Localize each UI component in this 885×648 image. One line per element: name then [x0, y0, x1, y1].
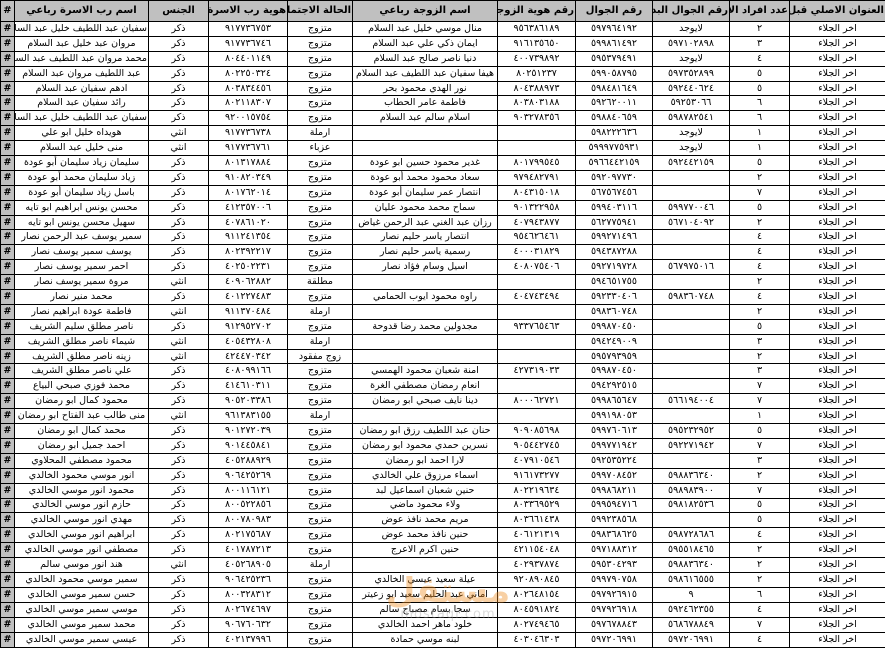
cell-head-of-family-id: ٩١٧٧٣٦٧٣٨ [209, 126, 288, 141]
cell-mobile-number: ٥٩٧٢٠٦٩٩١ [576, 632, 653, 647]
table-row: #سهيل محسن يونس ابو تايهذكر٤٠٧٨٦١٠٢٠متزو… [1, 215, 885, 230]
cell-mobile-number: ٥٩٢٣٣٠٤٠٦ [576, 290, 653, 305]
cell-gender: ذكر [149, 617, 209, 632]
cell-mobile-number: ٥٩٩٨٦٥٦٤٧ [576, 394, 653, 409]
cell-family-members-count: ٢ [730, 468, 790, 483]
table-row: #عبد اللطيف مروان عبد السلامذكر٨٠٢٢٥٠٣٢٤… [1, 66, 885, 81]
cell-wife-name: حنين نافذ محمد عوض [353, 528, 498, 543]
cell-mobile-number: ٥٩٧٩٢٦٩١٥ [576, 587, 653, 602]
row-marker-cell: # [1, 319, 15, 334]
cell-original-address: اخر الجلاء [790, 558, 885, 573]
row-marker-cell: # [1, 215, 15, 230]
row-marker-cell: # [1, 394, 15, 409]
cell-wife-name: راوه محمود ايوب الحمامي [353, 290, 498, 305]
cell-wife-id: ٤٠٧٩٤٣٨٧٧ [498, 215, 576, 230]
cell-family-members-count: ٧ [730, 185, 790, 200]
cell-wife-id: ٨٠١٧٩٩٥٤٥ [498, 156, 576, 171]
cell-wife-id: ٤٢٧٣١٩٠٣٣ [498, 364, 576, 379]
cell-marital-status: متزوج [288, 453, 353, 468]
cell-wife-id: ٩٠١٣٢٢٩٥٨ [498, 200, 576, 215]
cell-wife-id: ٤٠٨٠٧٥٤٠٦ [498, 260, 576, 275]
cell-head-of-family-name: احمد جميل ابو رمضان [15, 438, 149, 453]
table-row: #مهدي انور موسي الخالديذكر٨٠٠٧٨٠٩٨٣متزوج… [1, 513, 885, 528]
cell-wife-name [353, 558, 498, 573]
cell-wife-name: انتصار عمر سليمان أبو عودة [353, 185, 498, 200]
cell-gender: انثي [149, 558, 209, 573]
row-marker-cell: # [1, 304, 15, 319]
cell-head-of-family-id: ٤١٤٦١٠٣١١ [209, 379, 288, 394]
row-marker-cell: # [1, 572, 15, 587]
cell-alt-mobile-number: ٥٩٨٨٣٦٣٤٠ [653, 558, 730, 573]
cell-family-members-count: ٢ [730, 558, 790, 573]
cell-head-of-family-name: سفيان عبد اللطيف خليل عبد السلام [15, 22, 149, 37]
cell-original-address: اخر الجلاء [790, 364, 885, 379]
cell-marital-status: متزوج [288, 111, 353, 126]
cell-wife-id [498, 334, 576, 349]
cell-original-address: اخر الجلاء [790, 230, 885, 245]
cell-family-members-count: ١ [730, 141, 790, 156]
cell-head-of-family-name: منى خليل عبد السلام [15, 141, 149, 156]
cell-original-address: اخر الجلاء [790, 483, 885, 498]
table-row: #علي ناصر مطلق الشريفذكر٤٠٨٠٩٩١٦٦متزوجام… [1, 364, 885, 379]
cell-alt-mobile-number: ٥٩٨٣٦٠٧٤٨ [653, 290, 730, 305]
cell-alt-mobile-number: ٥٩٨١٨٢٥٣٦ [653, 498, 730, 513]
cell-marital-status: متزوج [288, 394, 353, 409]
table-row: #عيسي سمير موسي الخالديذكر٤٠٢١٣٧٩٩٦متزوج… [1, 632, 885, 647]
cell-marital-status: متزوج [288, 602, 353, 617]
cell-head-of-family-id: ٤٠٢١٣٧٩٩٦ [209, 632, 288, 647]
cell-marital-status: ارملة [288, 409, 353, 424]
cell-head-of-family-name: علي ناصر مطلق الشريف [15, 364, 149, 379]
cell-gender: ذكر [149, 468, 209, 483]
cell-family-members-count: ٢ [730, 170, 790, 185]
cell-family-members-count: ٣ [730, 36, 790, 51]
cell-wife-id: ٤٠٦١٢١٣١٩ [498, 528, 576, 543]
cell-marital-status: متزوج [288, 543, 353, 558]
cell-mobile-number: ٥٩٩٧٩٠٧٥٨ [576, 572, 653, 587]
cell-mobile-number: ٥٩٢٧١٩٧٢٨ [576, 260, 653, 275]
table-row: #حازم انور موسي الخالديذكر٨٠٠٥٢٢٨٥٦متزوج… [1, 498, 885, 513]
cell-mobile-number: ٥٩٨٣٦٠٧٤٨ [576, 304, 653, 319]
cell-mobile-number: ٥٩٤٦٥١٧٥٥ [576, 275, 653, 290]
cell-head-of-family-id: ٩٠٦٤٢٥٢٣٦ [209, 572, 288, 587]
row-marker-cell: # [1, 81, 15, 96]
cell-mobile-number: ٥٩٤٣٨٧٢٨٨ [576, 245, 653, 260]
cell-head-of-family-id: ٩٠١٤٤٥٨٤١ [209, 438, 288, 453]
cell-head-of-family-id: ٩٠١٢٧٢٠٣٩ [209, 424, 288, 439]
cell-gender: ذكر [149, 498, 209, 513]
cell-marital-status: متزوج [288, 185, 353, 200]
cell-head-of-family-id: ٨٠٠٥٢٢٨٥٦ [209, 498, 288, 513]
cell-head-of-family-name: هويداه خليل ابو علي [15, 126, 149, 141]
row-marker-cell: # [1, 185, 15, 200]
cell-marital-status: متزوج [288, 424, 353, 439]
cell-alt-mobile-number [653, 453, 730, 468]
cell-gender: ذكر [149, 543, 209, 558]
cell-head-of-family-name: سهيل محسن يونس ابو تايه [15, 215, 149, 230]
row-marker-cell: # [1, 275, 15, 290]
cell-mobile-number: ٥٩٧٦٧٨٨٤٣ [576, 617, 653, 632]
cell-head-of-family-id: ٤١٢٣٥٧٠٠٦ [209, 200, 288, 215]
table-row: #هويداه خليل ابو عليانثي٩١٧٧٣٦٧٣٨ارملة٥٩… [1, 126, 885, 141]
row-marker-cell: # [1, 558, 15, 573]
cell-mobile-number: ٥٩٢٦٢٠٠١١ [576, 96, 653, 111]
cell-family-members-count: ٦ [730, 587, 790, 602]
table-row: #ادهم سفيان عبد السلامذكر٨٠٣٨٣٤٤٥٦متزوجن… [1, 81, 885, 96]
cell-gender: ذكر [149, 528, 209, 543]
cell-family-members-count: ٣ [730, 334, 790, 349]
cell-wife-name [353, 334, 498, 349]
cell-alt-mobile-number [653, 170, 730, 185]
table-row: #حسن سمير موسي الخالديذكر٨٠٠٣٢٨٣١٢متزوجا… [1, 587, 885, 602]
cell-gender: ذكر [149, 185, 209, 200]
cell-original-address: اخر الجلاء [790, 22, 885, 37]
cell-head-of-family-id: ٩٠٦٧٦٠٦٣٢ [209, 617, 288, 632]
cell-gender: ذكر [149, 453, 209, 468]
cell-original-address: اخر الجلاء [790, 245, 885, 260]
cell-alt-mobile-number: ٥٩٢٤٤٠٦٢٤ [653, 81, 730, 96]
cell-mobile-number: ٥٩٩٨٧٠٤٥٠ [576, 319, 653, 334]
cell-mobile-number: ٥٩٩٠٥٨٧٩٥ [576, 66, 653, 81]
cell-alt-mobile-number: ٥٩٢٥٣٠٦٦ [653, 96, 730, 111]
cell-wife-id: ٤٠٠٧٣٩٨٩٢ [498, 51, 576, 66]
cell-wife-name: دينا نايف صبحي ابو رمضان [353, 394, 498, 409]
cell-head-of-family-name: محمد منير نصار [15, 290, 149, 305]
cell-head-of-family-id: ٨٠٤٤٠١١٤٩ [209, 51, 288, 66]
cell-family-members-count: ٥ [730, 200, 790, 215]
row-marker-cell: # [1, 543, 15, 558]
cell-gender: ذكر [149, 513, 209, 528]
row-marker-cell: # [1, 364, 15, 379]
table-row: #سمير يوسف عبد الرحمن نصارذكر٩١١٢٤١٣٥٤مت… [1, 230, 885, 245]
cell-alt-mobile-number [653, 319, 730, 334]
cell-gender: ذكر [149, 111, 209, 126]
cell-marital-status: متزوج [288, 51, 353, 66]
cell-wife-id: ٤٢١١٥٤٠٤٨ [498, 543, 576, 558]
table-header: #اسم رب الاسرة رباعيالجنسهوية رب الاسرةا… [1, 1, 885, 22]
cell-wife-name: منال موسي خليل عبد السلام [353, 22, 498, 37]
cell-alt-mobile-number: لايوجد [653, 126, 730, 141]
cell-family-members-count: ١ [730, 126, 790, 141]
cell-alt-mobile-number [653, 230, 730, 245]
row-marker-cell: # [1, 96, 15, 111]
cell-head-of-family-name: رائد سفيان عبد السلام [15, 96, 149, 111]
cell-original-address: اخر الجلاء [790, 304, 885, 319]
column-header-head-of-family-id: هوية رب الاسرة [209, 1, 288, 22]
cell-gender: ذكر [149, 438, 209, 453]
row-marker-cell: # [1, 498, 15, 513]
row-marker-cell: # [1, 230, 15, 245]
cell-original-address: اخر الجلاء [790, 81, 885, 96]
cell-head-of-family-name: ابراهيم انور موسي الخالدي [15, 528, 149, 543]
cell-wife-name: مجدولين محمد رضا قدوحة [353, 319, 498, 334]
cell-wife-name [353, 304, 498, 319]
cell-gender: ذكر [149, 602, 209, 617]
table-row: #محمود مصطفي المحلاويذكر٤٠٥٢٨٨٩٢٩متزوجلا… [1, 453, 885, 468]
cell-marital-status: متزوج [288, 200, 353, 215]
table-row: #سفيان عبد اللطيف خليل عبد السلامذكر٩١٧٧… [1, 22, 885, 37]
cell-marital-status: متزوج [288, 230, 353, 245]
cell-head-of-family-name: مروان عبد خليل عبد السلام [15, 36, 149, 51]
cell-mobile-number: ٥٩٩١٩٨٠٥٣ [576, 409, 653, 424]
cell-wife-id: ٤٠٧٩١٠٥٤٦ [498, 453, 576, 468]
cell-head-of-family-id: ٤٠٢٥٠٢٢٣١ [209, 260, 288, 275]
table-row: #شيماء ناصر مطلق الشريفانثي٤٠٥٤٣٢٨٠٨ارمل… [1, 334, 885, 349]
cell-gender: ذكر [149, 364, 209, 379]
cell-alt-mobile-number: ٥٩٨٩٨٣٩٠٠ [653, 483, 730, 498]
cell-wife-name: حنين اكرم الاعرج [353, 543, 498, 558]
cell-head-of-family-name: حسن سمير موسي الخالدي [15, 587, 149, 602]
cell-mobile-number: ٥٩٩٩٧٧٥٩٣١ [576, 141, 653, 156]
cell-head-of-family-id: ٨٠٢٣٩٢٢١٧ [209, 245, 288, 260]
cell-family-members-count: ٤ [730, 245, 790, 260]
cell-head-of-family-id: ٨٠٢١٧٥٦٨٧ [209, 528, 288, 543]
cell-family-members-count: ٢ [730, 572, 790, 587]
row-marker-cell: # [1, 617, 15, 632]
cell-head-of-family-id: ٩١٧٧٣٦٧٦١ [209, 141, 288, 156]
cell-wife-id: ٩٧٩٤٨٢٧٩١ [498, 170, 576, 185]
cell-head-of-family-name: شيماء ناصر مطلق الشريف [15, 334, 149, 349]
cell-marital-status: متزوج [288, 438, 353, 453]
cell-alt-mobile-number: ٥٩٥٢٣٢٩٥٢ [653, 424, 730, 439]
cell-wife-id: ٤٠٠٠٣١٨٢٩ [498, 245, 576, 260]
cell-wife-id: ٩١٦١٣٥٦٥٠ [498, 36, 576, 51]
cell-original-address: اخر الجلاء [790, 468, 885, 483]
table-row: #محمد منير نصارذكر٤٠١٢٢٧٤٨٣متزوجراوه محم… [1, 290, 885, 305]
column-header-marital-status: الحالة الاجتماعية [288, 1, 353, 22]
cell-wife-id [498, 379, 576, 394]
cell-mobile-number: ٥٩٢٠٩٧٧٣٠ [576, 170, 653, 185]
cell-family-members-count: ٥ [730, 498, 790, 513]
cell-gender: ذكر [149, 483, 209, 498]
row-marker-cell: # [1, 438, 15, 453]
cell-head-of-family-name: مصطفي انور موسي الخالدي [15, 543, 149, 558]
cell-mobile-number: ٥٩٨٣٦٨٦٢٥ [576, 528, 653, 543]
cell-original-address: اخر الجلاء [790, 170, 885, 185]
cell-gender: ذكر [149, 379, 209, 394]
cell-head-of-family-name: مهدي انور موسي الخالدي [15, 513, 149, 528]
table-row: #محمود انور موسي الخالديذكر٨٠٠١١٦١٢١متزو… [1, 483, 885, 498]
cell-alt-mobile-number: ٥٩٢٢٧١٩٤٢ [653, 438, 730, 453]
cell-family-members-count: ٢ [730, 304, 790, 319]
cell-mobile-number: ٥٩٨٢٢٢٦٣٦ [576, 126, 653, 141]
cell-wife-name: مريم محمد نافذ عوض [353, 513, 498, 528]
row-marker-cell: # [1, 587, 15, 602]
cell-wife-name: نور الهدي محمود بحر [353, 81, 498, 96]
cell-marital-status: زوج مفقود [288, 349, 353, 364]
cell-head-of-family-id: ٨٠٠١١٦١٢١ [209, 483, 288, 498]
table-row: #ناصر مطلق سليم الشريفذكر٩١٢٩٥٢٧٠٢متزوجم… [1, 319, 885, 334]
cell-wife-name: دنيا ناصر صالح عبد السلام [353, 51, 498, 66]
cell-original-address: اخر الجلاء [790, 424, 885, 439]
cell-head-of-family-id: ٩١٧٧٣٦٧٤٦ [209, 36, 288, 51]
row-marker-cell: # [1, 528, 15, 543]
cell-mobile-number: ٥٩٨٨٤٠٦٥٩ [576, 111, 653, 126]
cell-wife-id: ٨٠٣٦٦١٤٣٨ [498, 513, 576, 528]
cell-wife-id [498, 141, 576, 156]
cell-marital-status: عزباء [288, 141, 353, 156]
cell-alt-mobile-number [653, 245, 730, 260]
cell-marital-status: متزوج [288, 36, 353, 51]
cell-original-address: اخر الجلاء [790, 275, 885, 290]
column-header-family-members-count: عدد افراد الاسر [730, 1, 790, 22]
cell-head-of-family-name: محمد سمير موسي الخالدي [15, 617, 149, 632]
row-marker-cell: # [1, 513, 15, 528]
cell-wife-id: ٨٠٢٥١٢٣٧ [498, 66, 576, 81]
cell-family-members-count: ٥ [730, 319, 790, 334]
cell-alt-mobile-number [653, 275, 730, 290]
cell-wife-name [353, 141, 498, 156]
row-marker-cell: # [1, 66, 15, 81]
cell-alt-mobile-number: ٩ [653, 587, 730, 602]
table-row: #سمير موسي محمود الخالديذكر٩٠٦٤٢٥٢٣٦متزو… [1, 572, 885, 587]
table-row: #مصطفي انور موسي الخالديذكر٤٠١٧٨٧٢١٣متزو… [1, 543, 885, 558]
cell-family-members-count: ٢ [730, 215, 790, 230]
cell-original-address: اخر الجلاء [790, 141, 885, 156]
cell-head-of-family-id: ٨٠٢٢٥٠٣٢٤ [209, 66, 288, 81]
cell-wife-name [353, 275, 498, 290]
cell-original-address: اخر الجلاء [790, 409, 885, 424]
row-marker-cell: # [1, 22, 15, 37]
cell-family-members-count: ٤ [730, 230, 790, 245]
cell-alt-mobile-number: ٥٩٢٤٤٢١٥٩ [653, 156, 730, 171]
cell-mobile-number: ٥٩٩٨٦٨٢١١ [576, 483, 653, 498]
cell-gender: انثي [149, 141, 209, 156]
cell-family-members-count: ٥ [730, 66, 790, 81]
cell-wife-name: اسماء مرزوق علي الخالدي [353, 468, 498, 483]
cell-mobile-number: ٥٩٥٣٠٤٢٩٣ [576, 558, 653, 573]
cell-wife-id: ٩٠٩٠٨٥٦٩٨ [498, 424, 576, 439]
cell-gender: ذكر [149, 215, 209, 230]
cell-mobile-number: ٥٩٤٢٤٩٠٠٩ [576, 334, 653, 349]
cell-marital-status: ارملة [288, 126, 353, 141]
cell-wife-name: سجا بسام مصباح سالم [353, 602, 498, 617]
cell-wife-id: ٨٠٢٦٤٨١٥٤ [498, 587, 576, 602]
row-marker-cell: # [1, 200, 15, 215]
cell-head-of-family-name: محمود انور موسي الخالدي [15, 483, 149, 498]
cell-head-of-family-id: ٤٠٩٠٦٢٨٨٢ [209, 275, 288, 290]
cell-family-members-count: ٤ [730, 260, 790, 275]
cell-alt-mobile-number [653, 379, 730, 394]
cell-head-of-family-id: ٨٠٢٦٧٤٦٩٧ [209, 602, 288, 617]
cell-wife-name: هيفا سفيان عبد اللطيف عبد السلام [353, 66, 498, 81]
row-marker-cell: # [1, 141, 15, 156]
row-marker-cell: # [1, 468, 15, 483]
cell-original-address: اخر الجلاء [790, 96, 885, 111]
cell-original-address: اخر الجلاء [790, 572, 885, 587]
cell-alt-mobile-number: لايوجد [653, 51, 730, 66]
cell-original-address: اخر الجلاء [790, 543, 885, 558]
cell-family-members-count: ٦ [730, 111, 790, 126]
cell-head-of-family-name: منى طالب عبد الفتاح ابو رمضان [15, 409, 149, 424]
cell-alt-mobile-number: ٥٩٧٢٠٦٩٩١ [653, 632, 730, 647]
cell-gender: ذكر [149, 200, 209, 215]
cell-head-of-family-id: ٩١٠٨٢٠٣٤٩ [209, 170, 288, 185]
cell-marital-status: مطلقة [288, 275, 353, 290]
table-row: #هند انور موسي سالمانثي٤٠٥٢٦٨٩٠٥ارملة٤٠٢… [1, 558, 885, 573]
cell-marital-status: متزوج [288, 81, 353, 96]
cell-original-address: اخر الجلاء [790, 528, 885, 543]
cell-gender: ذكر [149, 394, 209, 409]
cell-wife-id [498, 409, 576, 424]
column-header-wife-id: رقم هوية الزوجة [498, 1, 576, 22]
row-marker-cell: # [1, 170, 15, 185]
cell-alt-mobile-number: ٥٦٨٦٧٨٨٤٩ [653, 617, 730, 632]
cell-wife-name: ولاء محمود ماضي [353, 498, 498, 513]
cell-mobile-number: ٥٩٢٥٣٥٢٢٤ [576, 453, 653, 468]
cell-wife-name: انتصار ياسر حليم نصار [353, 230, 498, 245]
cell-wife-id: ٨٠٢٧٤٩٤٦٥ [498, 617, 576, 632]
table-row: #محمد فوزي صبحي البياعذكر٤١٤٦١٠٣١١متزوجا… [1, 379, 885, 394]
row-marker-cell: # [1, 156, 15, 171]
cell-head-of-family-id: ٩١١٢٤١٣٥٤ [209, 230, 288, 245]
column-header-wife-name: اسم الزوجة رباعي [353, 1, 498, 22]
cell-wife-name: غدير محمود حسين ابو عودة [353, 156, 498, 171]
cell-original-address: اخر الجلاء [790, 438, 885, 453]
cell-head-of-family-id: ٤٠١٢٢٧٤٨٣ [209, 290, 288, 305]
cell-wife-name: ايمان ذكي علي عبد السلام [353, 36, 498, 51]
cell-marital-status: متزوج [288, 528, 353, 543]
cell-head-of-family-id: ٤٠٧٨٦١٠٢٠ [209, 215, 288, 230]
column-header-gender: الجنس [149, 1, 209, 22]
cell-family-members-count: ٤ [730, 602, 790, 617]
cell-head-of-family-id: ٨٠٠٣٢٨٣١٢ [209, 587, 288, 602]
cell-gender: ذكر [149, 170, 209, 185]
cell-head-of-family-id: ٨٠١٣١٧٨٨٤ [209, 156, 288, 171]
cell-family-members-count: ١ [730, 409, 790, 424]
cell-head-of-family-name: سفيان عبد اللطيف خليل عبد السلام [15, 111, 149, 126]
cell-gender: ذكر [149, 290, 209, 305]
cell-mobile-number: ٥٩٧٩٦٤١٩٢ [576, 22, 653, 37]
cell-family-members-count: ٧ [730, 483, 790, 498]
cell-head-of-family-id: ٤٠١٧٨٧٢١٣ [209, 543, 288, 558]
cell-alt-mobile-number [653, 185, 730, 200]
cell-head-of-family-name: زينه ناصر مطلق الشريف [15, 349, 149, 364]
cell-wife-id: ٩٠٥٤٤٢٧٤٥ [498, 438, 576, 453]
table-row: #ابراهيم انور موسي الخالديذكر٨٠٢١٧٥٦٨٧مت… [1, 528, 885, 543]
cell-mobile-number: ٥٩٩٢٧١٤٩٦ [576, 230, 653, 245]
cell-wife-id: ٤٠٣٠٤٦٣٠٣ [498, 632, 576, 647]
cell-gender: انثي [149, 409, 209, 424]
cell-marital-status: ارملة [288, 334, 353, 349]
row-marker-cell: # [1, 349, 15, 364]
cell-marital-status: متزوج [288, 215, 353, 230]
cell-wife-name [353, 409, 498, 424]
cell-original-address: اخر الجلاء [790, 602, 885, 617]
cell-mobile-number: ٥٩٩٧٠٨٤٥٢ [576, 468, 653, 483]
cell-head-of-family-id: ٩٠٥٢٠٣٣٨٦ [209, 394, 288, 409]
cell-marital-status: ارملة [288, 304, 353, 319]
cell-marital-status: متزوج [288, 364, 353, 379]
row-marker-cell: # [1, 245, 15, 260]
cell-family-members-count: ٣ [730, 364, 790, 379]
column-header-alt-mobile-number: رقم الجوال البديل [653, 1, 730, 22]
cell-wife-name: خلود ماهر احمد الخالدي [353, 617, 498, 632]
cell-mobile-number: ٥٩٩٤٠٣١١٦ [576, 200, 653, 215]
cell-head-of-family-name: محمد فوزي صبحي البياع [15, 379, 149, 394]
cell-head-of-family-id: ٤٠٨٠٩٩١٦٦ [209, 364, 288, 379]
cell-alt-mobile-number: ٥٩٨٧٢٨٦٨٦ [653, 528, 730, 543]
cell-original-address: اخر الجلاء [790, 513, 885, 528]
cell-head-of-family-id: ٩٦١٣٨٣١٥٥ [209, 409, 288, 424]
cell-marital-status: متزوج [288, 632, 353, 647]
cell-original-address: اخر الجلاء [790, 587, 885, 602]
column-header-mobile-number: رقم الجوال [576, 1, 653, 22]
cell-original-address: اخر الجلاء [790, 200, 885, 215]
cell-wife-name: رسمية ياسر حليم نصار [353, 245, 498, 260]
cell-head-of-family-id: ٨٠٠٧٨٠٩٨٣ [209, 513, 288, 528]
cell-wife-id: ٩٥٦٣٨٦١٨٩ [498, 22, 576, 37]
